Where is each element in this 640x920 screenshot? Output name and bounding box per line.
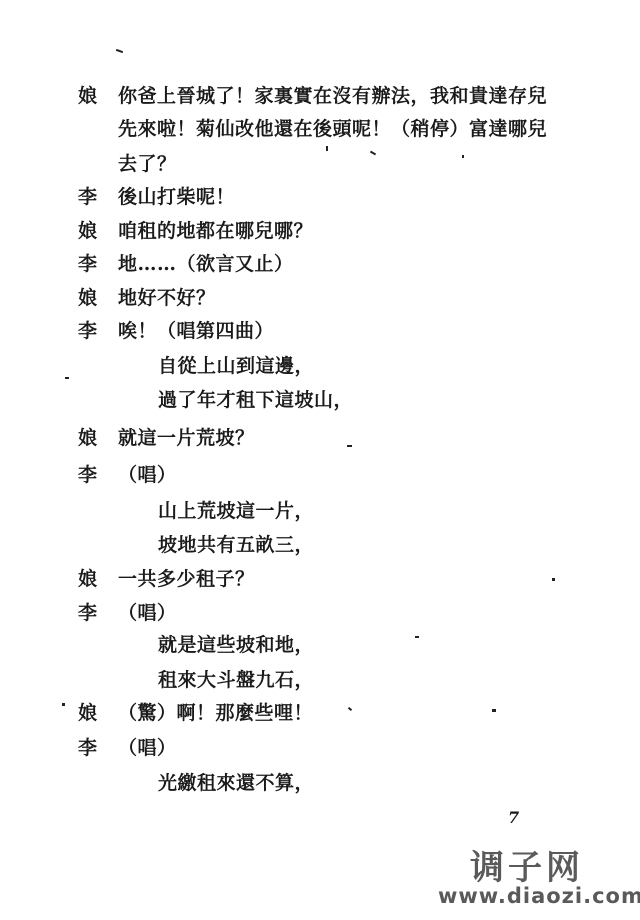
dialogue-line: 一共多少租子？ <box>118 567 255 591</box>
dialogue-line: 地……（欲言又止） <box>118 252 294 276</box>
dialogue-line: （唱） <box>118 601 177 625</box>
scan-speck <box>415 636 419 638</box>
scan-speck <box>62 703 65 706</box>
dialogue-line: 後山打柴呢！ <box>118 185 235 209</box>
watermark-site-name: 调子网 <box>470 840 584 889</box>
scan-speck <box>348 707 352 711</box>
scan-speck <box>552 578 555 581</box>
dialogue-line: 去了？ <box>118 152 177 176</box>
page-number: 7 <box>508 808 519 827</box>
scan-speck <box>492 709 496 712</box>
scan-speck <box>65 377 69 379</box>
speaker-label: 娘 <box>78 286 97 310</box>
speaker-label: 娘 <box>78 84 97 108</box>
speaker-label: 李 <box>78 185 97 209</box>
speaker-label: 娘 <box>78 701 97 725</box>
dialogue-line: （驚）啊！那麼些哩！ <box>118 701 313 725</box>
speaker-label: 娘 <box>78 567 97 591</box>
song-verse-line: 就是這些坡和地， <box>158 633 314 657</box>
dialogue-line: 你爸上晉城了！家裏實在沒有辦法，我和貴達存兒 <box>118 84 547 108</box>
dialogue-line: 咱租的地都在哪兒哪？ <box>118 219 313 243</box>
song-verse-line: 自從上山到這邊， <box>158 354 314 378</box>
dialogue-line: 唉！（唱第四曲） <box>118 319 274 343</box>
speaker-label: 娘 <box>78 219 97 243</box>
song-verse-line: 租來大斗盤九石， <box>158 668 314 692</box>
speaker-label: 李 <box>78 601 97 625</box>
song-verse-line: 過了年才租下這坡山， <box>158 388 353 412</box>
song-verse-line: 山上荒坡這一片， <box>158 499 314 523</box>
song-verse-line: 光繳租來還不算， <box>158 771 314 795</box>
scan-speck <box>462 155 464 158</box>
dialogue-line: 地好不好？ <box>118 286 216 310</box>
dialogue-line: 先來啦！菊仙改他還在後頭呢！（稍停）富達哪兒 <box>118 117 547 141</box>
watermark-url: www.diaozi.com <box>438 884 640 908</box>
scan-speck <box>347 445 352 447</box>
speaker-label: 李 <box>78 252 97 276</box>
scan-speck <box>370 151 376 156</box>
dialogue-line: （唱） <box>118 736 177 760</box>
dialogue-line: 就這一片荒坡？ <box>118 426 255 450</box>
scan-speck <box>326 146 328 151</box>
speaker-label: 李 <box>78 319 97 343</box>
speaker-label: 李 <box>78 463 97 487</box>
scan-speck <box>116 49 123 53</box>
dialogue-line: （唱） <box>118 463 177 487</box>
speaker-label: 娘 <box>78 426 97 450</box>
speaker-label: 李 <box>78 736 97 760</box>
song-verse-line: 坡地共有五畝三， <box>158 533 314 557</box>
